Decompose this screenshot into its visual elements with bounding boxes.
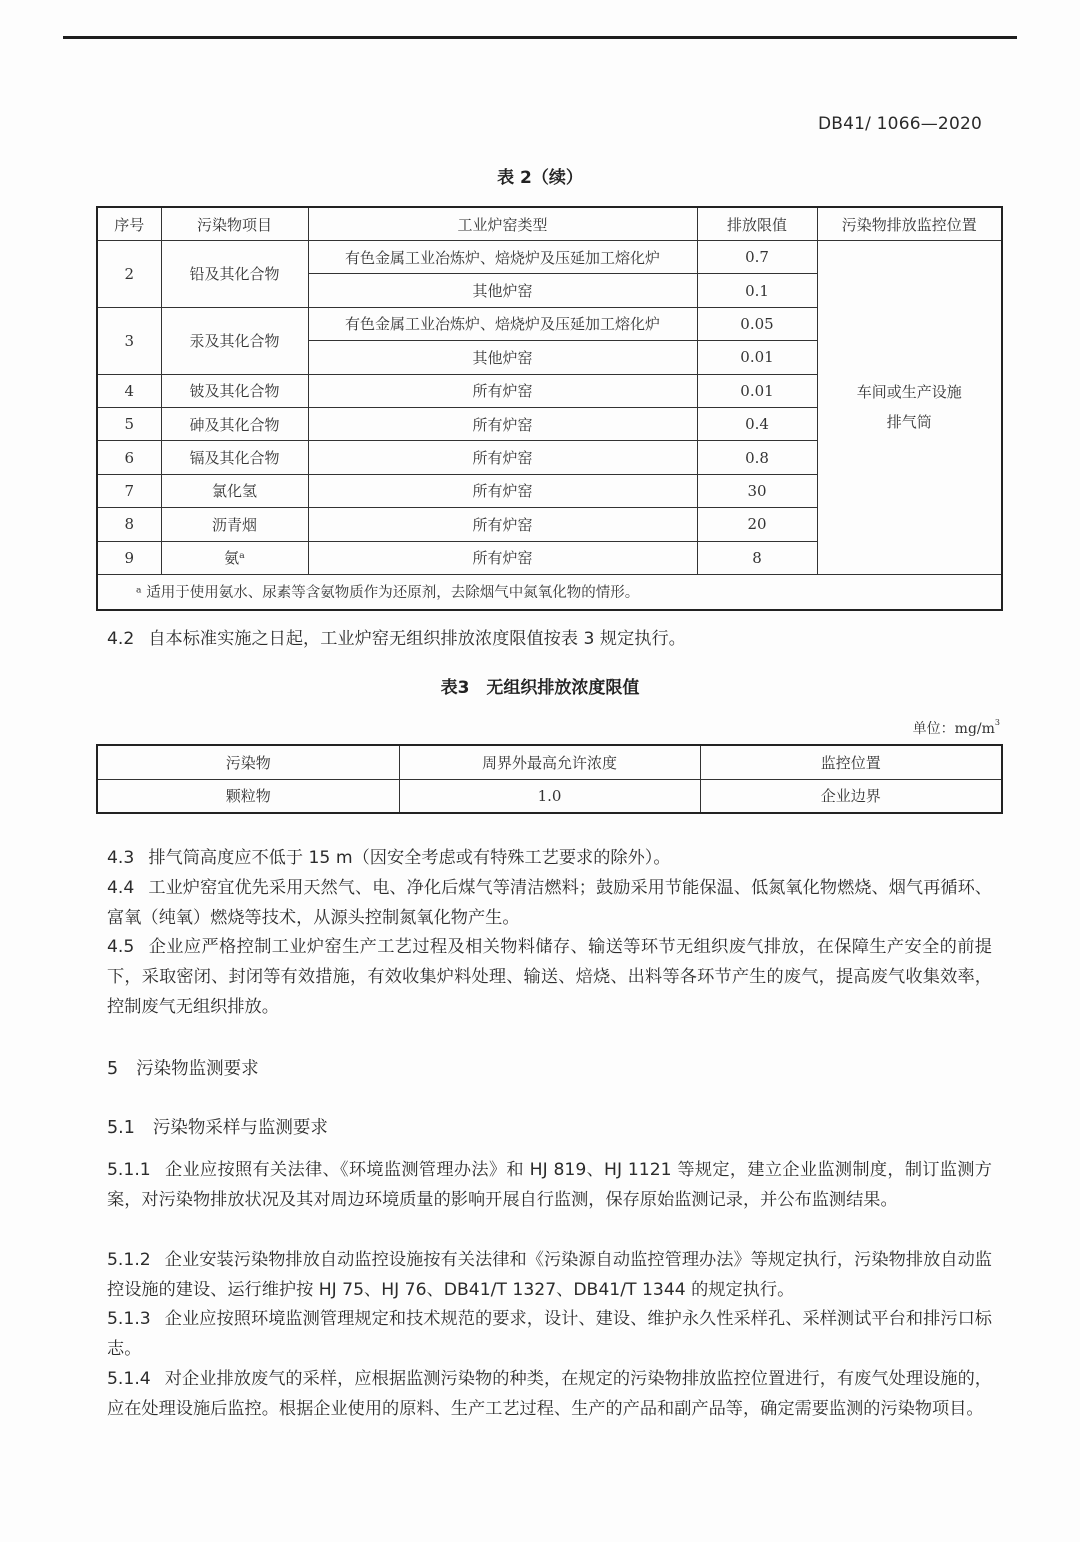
col-header-limit: 排放限值: [697, 207, 817, 241]
cell-pollutant: 汞及其化合物: [161, 307, 308, 374]
cell-kiln-type: 所有炉窑: [308, 407, 697, 440]
clause-number: 5.1.2: [107, 1250, 151, 1270]
col-header-pollutant: 污染物项目: [161, 207, 308, 241]
cell-no: 3: [97, 307, 161, 374]
table2-caption: 表 2（续）: [0, 163, 1080, 188]
table3-header-row: 污染物 周界外最高允许浓度 监控位置: [97, 745, 1002, 779]
cell-kiln-type: 有色金属工业冶炼炉、焙烧炉及压延加工熔化炉: [308, 307, 697, 340]
section-title: 污染物监测要求: [136, 1059, 259, 1079]
clause-5-1-1: 5.1.1企业应按照有关法律、《环境监测管理办法》和 HJ 819、HJ 112…: [107, 1156, 992, 1216]
cell-limit: 0.05: [697, 307, 817, 340]
table-row: 颗粒物 1.0 企业边界: [97, 779, 1002, 813]
section-number: 5.1: [107, 1118, 135, 1138]
cell-no: 6: [97, 441, 161, 474]
cell-pollutant: 颗粒物: [97, 779, 399, 813]
unit-label: 单位：mg/m: [913, 721, 995, 737]
clause-4-4: 4.4工业炉窑宜优先采用天然气、电、净化后煤气等清洁燃料；鼓励采用节能保温、低氮…: [107, 874, 992, 934]
cell-kiln-type: 所有炉窑: [308, 374, 697, 407]
clause-number: 5.1.4: [107, 1369, 151, 1389]
clause-text: 企业应按照有关法律、《环境监测管理办法》和 HJ 819、HJ 1121 等规定…: [107, 1160, 992, 1210]
clause-text: 企业安装污染物排放自动监控设施按有关法律和《污染源自动监控管理办法》等规定执行，…: [107, 1250, 992, 1300]
section-number: 5: [107, 1059, 118, 1079]
table2-footnote-row: ᵃ 适用于使用氨水、尿素等含氨物质作为还原剂，去除烟气中氮氧化物的情形。: [97, 574, 1002, 610]
cell-limit: 0.7: [697, 241, 817, 274]
clause-number: 4.5: [107, 937, 134, 957]
unit-superscript: 3: [995, 718, 1000, 727]
cell-pollutant: 氨ᵃ: [161, 541, 308, 574]
cell-max-concentration: 1.0: [399, 779, 700, 813]
cell-pollutant: 氯化氢: [161, 474, 308, 507]
section-title: 污染物采样与监测要求: [153, 1118, 328, 1138]
cell-pollutant: 沥青烟: [161, 508, 308, 541]
cell-monitor-location: 车间或生产设施 排气筒: [817, 241, 1002, 575]
monitor-location-line2: 排气筒: [887, 413, 932, 431]
clause-4-5: 4.5企业应严格控制工业炉窑生产工艺过程及相关物料储存、输送等环节无组织废气排放…: [107, 933, 992, 1022]
cell-pollutant: 铍及其化合物: [161, 374, 308, 407]
cell-pollutant: 铅及其化合物: [161, 241, 308, 308]
clause-number: 4.4: [107, 878, 134, 898]
cell-no: 4: [97, 374, 161, 407]
clause-number: 5.1.1: [107, 1160, 151, 1180]
clause-text: 企业应按照环境监测管理规定和技术规范的要求，设计、建设、维护永久性采样孔、采样测…: [107, 1309, 992, 1359]
col-header-no: 序号: [97, 207, 161, 241]
clause-text: 排气筒高度应不低于 15 m（因安全考虑或有特殊工艺要求的除外）。: [148, 848, 670, 868]
table2-emission-limits: 序号 污染物项目 工业炉窑类型 排放限值 污染物排放监控位置 2 铅及其化合物 …: [96, 206, 1003, 611]
table3-caption: 表3 无组织排放浓度限值: [0, 673, 1080, 698]
cell-kiln-type: 所有炉窑: [308, 508, 697, 541]
cell-limit: 0.01: [697, 374, 817, 407]
header-rule: [63, 36, 1017, 39]
monitor-location-line1: 车间或生产设施: [857, 383, 962, 401]
cell-limit: 8: [697, 541, 817, 574]
clause-text: 对企业排放废气的采样，应根据监测污染物的种类，在规定的污染物排放监控位置进行，有…: [107, 1369, 992, 1419]
document-code: DB41/ 1066—2020: [818, 114, 982, 134]
cell-no: 5: [97, 407, 161, 440]
table-row: 2 铅及其化合物 有色金属工业冶炼炉、焙烧炉及压延加工熔化炉 0.7 车间或生产…: [97, 241, 1002, 274]
table3-fugitive-limits: 污染物 周界外最高允许浓度 监控位置 颗粒物 1.0 企业边界: [96, 744, 1003, 814]
section-5-1-heading: 5.1污染物采样与监测要求: [107, 1114, 328, 1139]
table2-footnote: ᵃ 适用于使用氨水、尿素等含氨物质作为还原剂，去除烟气中氮氧化物的情形。: [97, 574, 1002, 610]
clause-number: 4.2: [107, 629, 134, 649]
cell-pollutant: 镉及其化合物: [161, 441, 308, 474]
cell-limit: 0.4: [697, 407, 817, 440]
clause-4-3: 4.3排气筒高度应不低于 15 m（因安全考虑或有特殊工艺要求的除外）。: [107, 844, 992, 874]
cell-monitor-location: 企业边界: [700, 779, 1002, 813]
clause-5-1-2: 5.1.2企业安装污染物排放自动监控设施按有关法律和《污染源自动监控管理办法》等…: [107, 1246, 992, 1306]
section-5-heading: 5污染物监测要求: [107, 1055, 259, 1080]
clause-5-1-3: 5.1.3企业应按照环境监测管理规定和技术规范的要求，设计、建设、维护永久性采样…: [107, 1305, 992, 1365]
clause-text: 企业应严格控制工业炉窑生产工艺过程及相关物料储存、输送等环节无组织废气排放，在保…: [107, 937, 992, 1017]
cell-limit: 0.8: [697, 441, 817, 474]
cell-no: 7: [97, 474, 161, 507]
col-header-max-concentration: 周界外最高允许浓度: [399, 745, 700, 779]
cell-limit: 0.01: [697, 341, 817, 374]
clause-text: 工业炉窑宜优先采用天然气、电、净化后煤气等清洁燃料；鼓励采用节能保温、低氮氧化物…: [107, 878, 992, 928]
cell-limit: 0.1: [697, 274, 817, 307]
clause-5-1-4: 5.1.4对企业排放废气的采样，应根据监测污染物的种类，在规定的污染物排放监控位…: [107, 1365, 992, 1425]
cell-no: 9: [97, 541, 161, 574]
cell-kiln-type: 其他炉窑: [308, 274, 697, 307]
table3-unit: 单位：mg/m3: [913, 718, 1000, 738]
col-header-pollutant: 污染物: [97, 745, 399, 779]
col-header-monitor-location: 污染物排放监控位置: [817, 207, 1002, 241]
col-header-monitor-location: 监控位置: [700, 745, 1002, 779]
cell-kiln-type: 所有炉窑: [308, 541, 697, 574]
cell-no: 2: [97, 241, 161, 308]
clause-4-2: 4.2自本标准实施之日起，工业炉窑无组织排放浓度限值按表 3 规定执行。: [107, 625, 992, 655]
clause-number: 4.3: [107, 848, 134, 868]
cell-limit: 20: [697, 508, 817, 541]
cell-limit: 30: [697, 474, 817, 507]
cell-kiln-type: 所有炉窑: [308, 441, 697, 474]
cell-kiln-type: 所有炉窑: [308, 474, 697, 507]
cell-kiln-type: 其他炉窑: [308, 341, 697, 374]
cell-no: 8: [97, 508, 161, 541]
clause-number: 5.1.3: [107, 1309, 151, 1329]
cell-kiln-type: 有色金属工业冶炼炉、焙烧炉及压延加工熔化炉: [308, 241, 697, 274]
clause-text: 自本标准实施之日起，工业炉窑无组织排放浓度限值按表 3 规定执行。: [148, 629, 686, 649]
cell-pollutant: 砷及其化合物: [161, 407, 308, 440]
table2-header-row: 序号 污染物项目 工业炉窑类型 排放限值 污染物排放监控位置: [97, 207, 1002, 241]
col-header-kiln-type: 工业炉窑类型: [308, 207, 697, 241]
